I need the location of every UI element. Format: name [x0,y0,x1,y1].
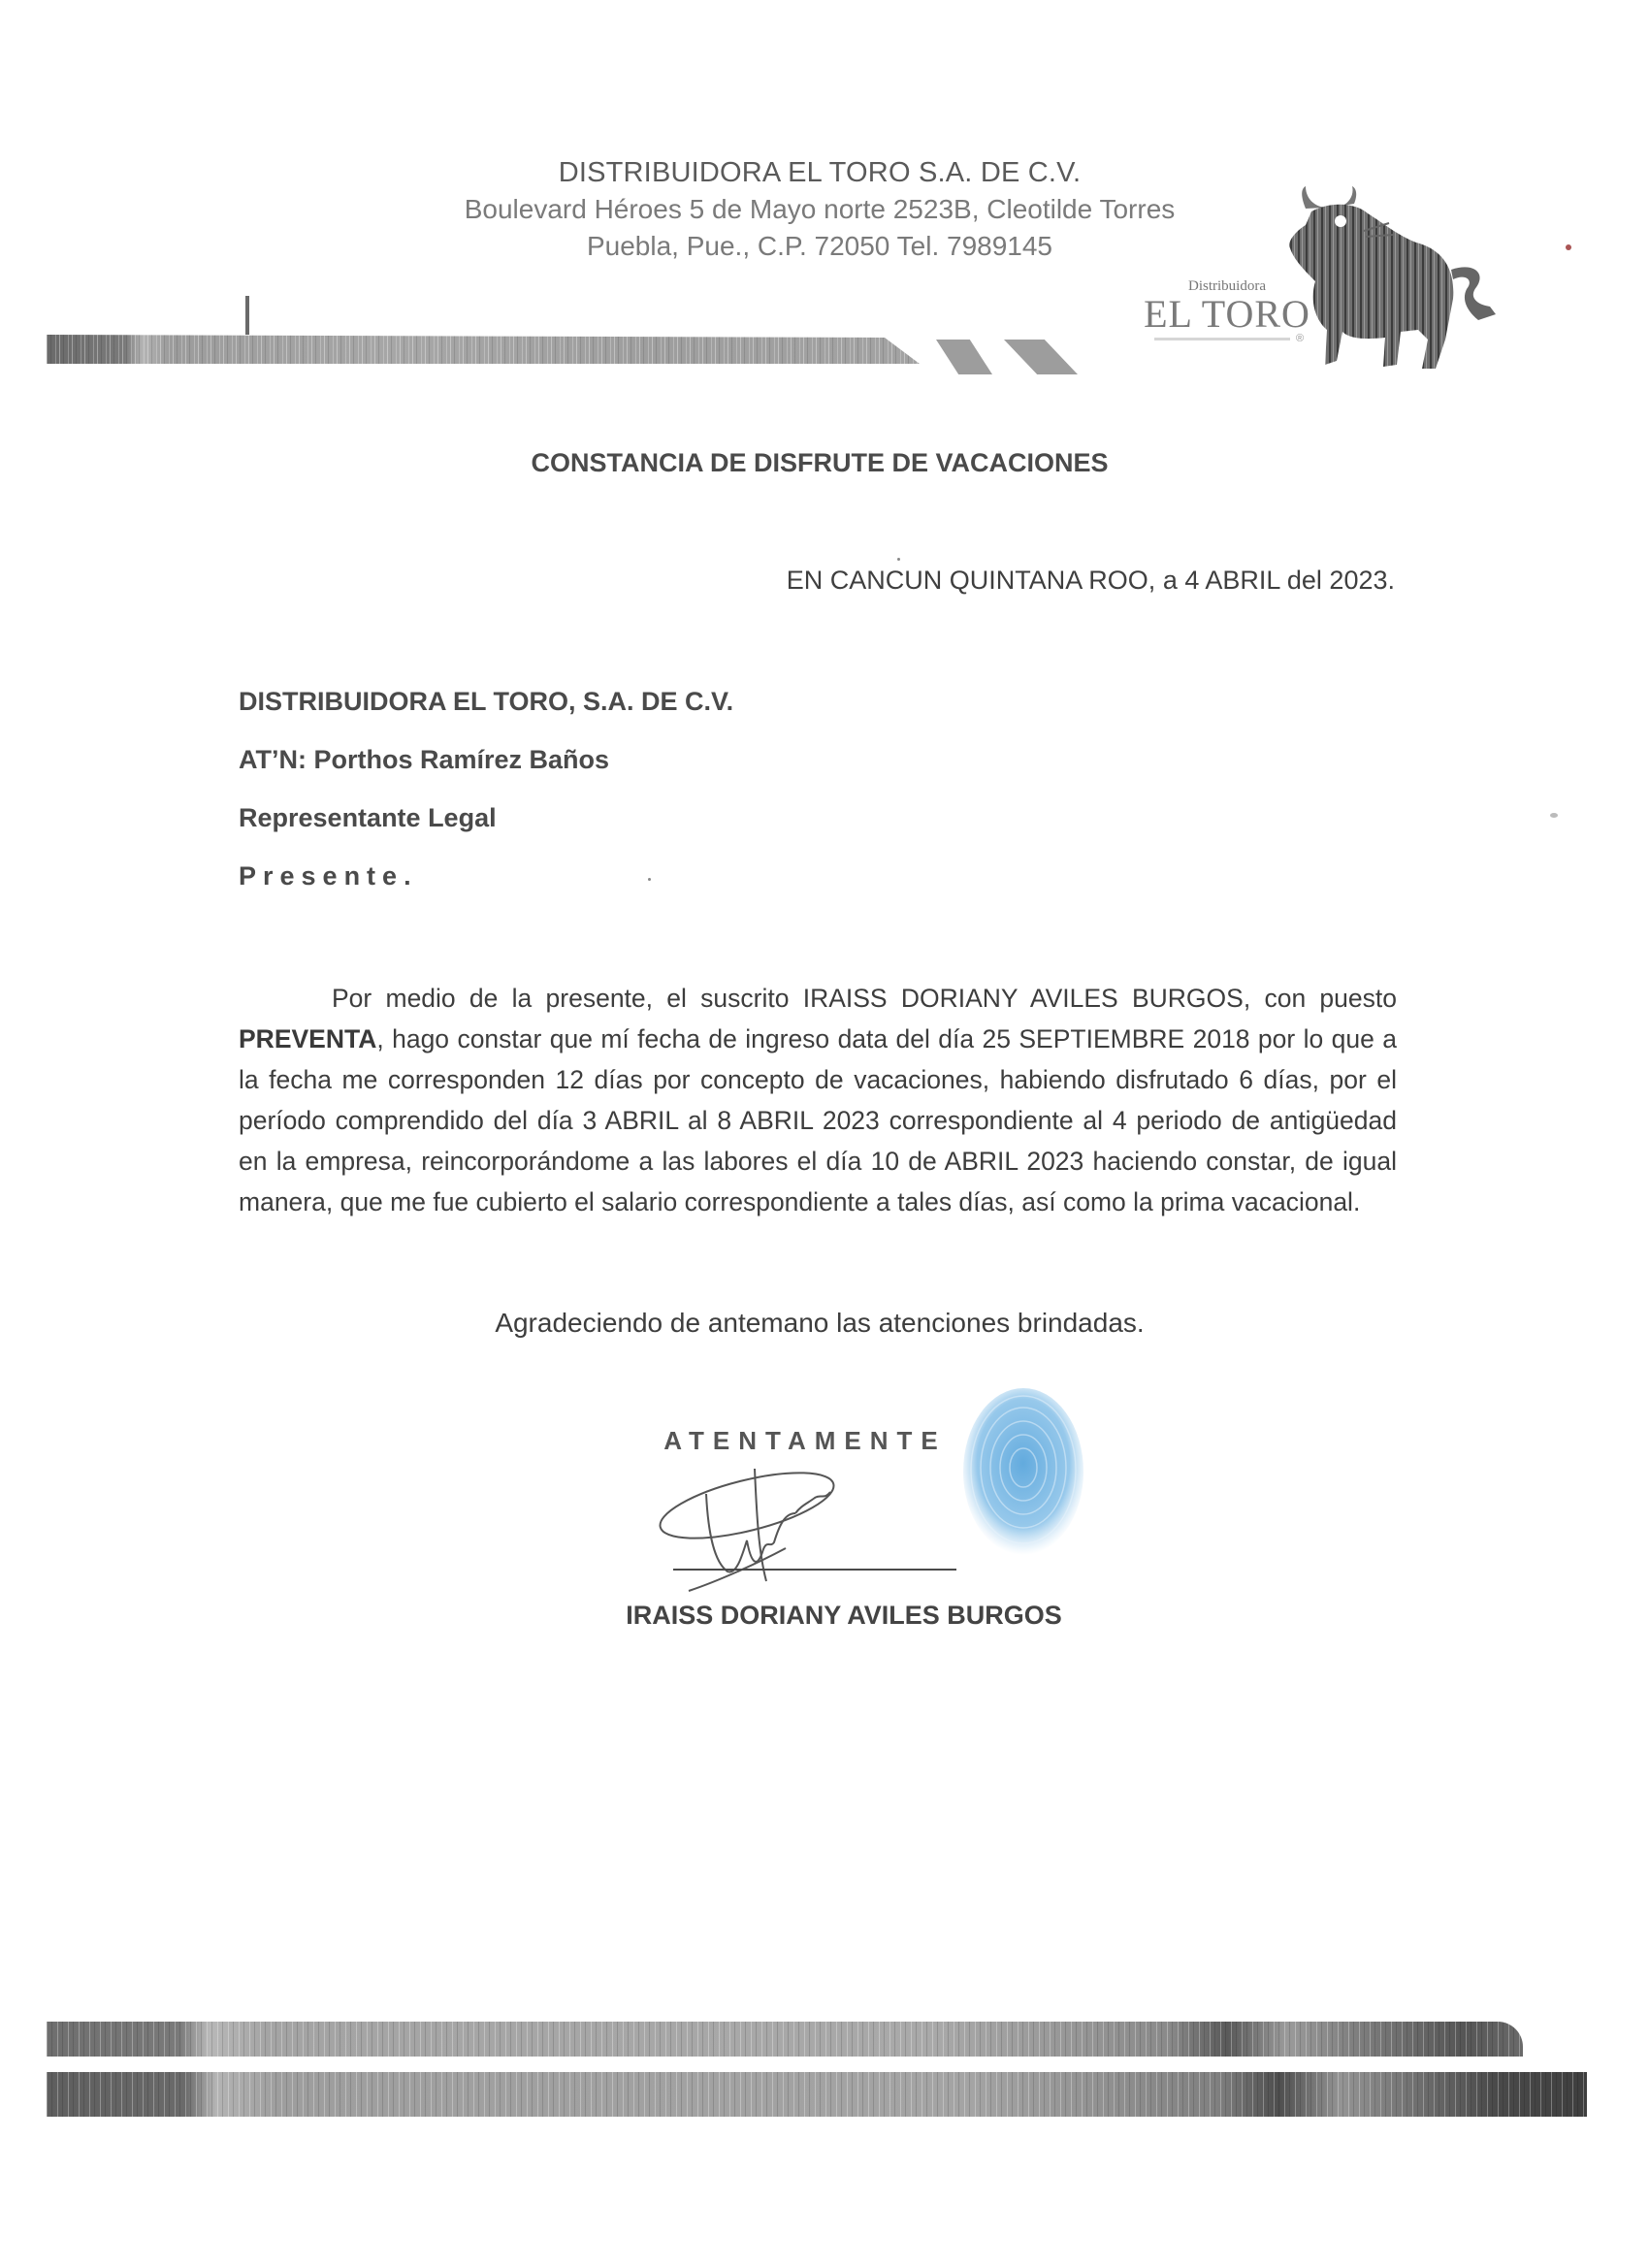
header-slash-decoration [936,340,992,374]
scan-speck [1566,244,1571,250]
scan-speck [1550,813,1558,818]
addressee-presente: Presente. [239,861,418,891]
closing-line: Agradeciendo de antemano las atenciones … [388,1308,1251,1339]
registered-mark: ® [1296,333,1304,344]
header-slash-decoration [1004,340,1078,374]
place-date: EN CANCUN QUINTANA ROO, a 4 ABRIL del 20… [787,566,1395,596]
document-title: CONSTANCIA DE DISFRUTE DE VACACIONES [388,448,1251,478]
addressee-role: Representante Legal [239,803,497,833]
letterhead-address-line1: Boulevard Héroes 5 de Mayo norte 2523B, … [388,194,1251,225]
body-position: PREVENTA [239,1024,376,1053]
scan-speck [897,558,900,561]
letterhead-address-line2: Puebla, Pue., C.P. 72050 Tel. 7989145 [388,231,1251,262]
logo-wordmark: EL TORO [1135,291,1319,337]
signature-line [673,1569,956,1571]
body-text-part2: , hago constar que mí fecha de ingreso d… [239,1024,1397,1216]
logo-tagline-line [1154,338,1290,340]
letterhead-company-name: DISTRIBUIDORA EL TORO S.A. DE C.V. [388,157,1251,189]
signature-icon [650,1455,883,1601]
scan-speck [648,878,651,881]
addressee-company: DISTRIBUIDORA EL TORO, S.A. DE C.V. [239,687,733,717]
footer-stripe-bar [47,2072,1587,2117]
signer-name: IRAISS DORIANY AVILES BURGOS [543,1601,1145,1631]
addressee-attention: AT’N: Porthos Ramírez Baños [239,745,609,775]
fingerprint-icon [955,1382,1091,1562]
header-tick-mark [245,296,249,335]
body-paragraph: Por medio de la presente, el suscrito IR… [239,978,1397,1222]
body-text-part1: Por medio de la presente, el suscrito IR… [332,984,1397,1013]
sign-off: ATENTAMENTE [621,1426,989,1456]
footer-stripe-bar [47,2022,1523,2057]
header-stripe-bar [47,335,920,364]
